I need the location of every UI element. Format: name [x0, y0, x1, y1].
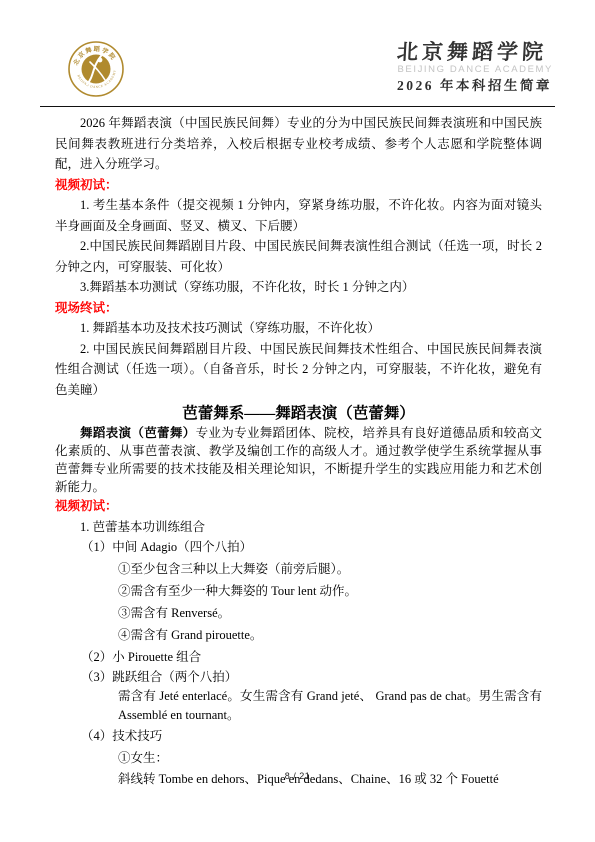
- ballet-sub1-point-2: ②需含有至少一种大舞姿的 Tour lent 动作。: [55, 581, 542, 601]
- ballet-sub1-point-3: ③需含有 Renversé。: [55, 603, 542, 623]
- document-page: 北京舞蹈学院 BEIJING DANCE ACADEMY 北京舞蹈学院 BEIJ…: [0, 0, 595, 842]
- document-body: 2026 年舞蹈表演（中国民族民间舞）专业的分为中国民族民间舞表演班和中国民族民…: [55, 113, 542, 789]
- academy-name-english: BEIJING DANCE ACADEMY: [397, 64, 553, 76]
- ballet-sub-3: （3）跳跃组合（两个八拍）: [55, 667, 542, 687]
- header-divider: [40, 106, 555, 107]
- ballet-sub4-girls-label: ①女生：: [55, 748, 542, 768]
- folk-final-test-heading: 现场终试：: [55, 298, 542, 319]
- ballet-section-title: 芭蕾舞系——舞蹈表演（芭蕾舞）: [55, 403, 542, 424]
- ballet-video-test-heading: 视频初试：: [55, 496, 542, 517]
- ballet-sub3-detail: 需含有 Jeté enterlacé。女生需含有 Grand jeté、 Gra…: [55, 687, 542, 726]
- ballet-intro-lead: 舞蹈表演（芭蕾舞）: [80, 426, 196, 440]
- ballet-sub1-point-4: ④需含有 Grand pirouette。: [55, 625, 542, 645]
- ballet-sub1-point-1: ①至少包含三种以上大舞姿（前旁后腿）。: [55, 559, 542, 579]
- ballet-sub-2: （2）小 Pirouette 组合: [55, 647, 542, 667]
- folk-video-item-2: 2.中国民族民间舞蹈剧目片段、中国民族民间舞表演性组合测试（任选一项，时长 2 …: [55, 236, 542, 277]
- brochure-title: 2026 年本科招生简章: [397, 77, 553, 95]
- folk-video-item-1: 1. 考生基本条件（提交视频 1 分钟内，穿紧身练功服，不许化妆。内容为面对镜头…: [55, 195, 542, 236]
- academy-name-chinese: 北京舞蹈学院: [397, 40, 554, 64]
- folk-intro-paragraph: 2026 年舞蹈表演（中国民族民间舞）专业的分为中国民族民间舞表演班和中国民族民…: [55, 113, 542, 175]
- folk-video-test-heading: 视频初试：: [55, 175, 542, 196]
- ballet-sub-1: （1）中间 Adagio（四个八拍）: [55, 537, 542, 557]
- ballet-item-1: 1. 芭蕾基本功训练组合: [55, 517, 542, 537]
- folk-final-item-1: 1. 舞蹈基本功及技术技巧测试（穿练功服，不许化妆）: [55, 318, 542, 339]
- ballet-intro-paragraph: 舞蹈表演（芭蕾舞）专业为专业舞蹈团体、院校，培养具有良好道德品质和较高文化素质的…: [55, 424, 542, 496]
- page-header: 北京舞蹈学院 BEIJING DANCE ACADEMY 北京舞蹈学院 BEIJ…: [55, 38, 553, 100]
- page-number: 8 / 21: [0, 771, 595, 781]
- header-brand: 北京舞蹈学院 BEIJING DANCE ACADEMY 2026 年本科招生简…: [397, 40, 553, 95]
- folk-video-item-3: 3.舞蹈基本功测试（穿练功服，不许化妆，时长 1 分钟之内）: [55, 277, 542, 298]
- folk-final-item-2: 2. 中国民族民间舞蹈剧目片段、中国民族民间舞技术性组合、中国民族民间舞表演性组…: [55, 339, 542, 401]
- academy-seal-icon: 北京舞蹈学院 BEIJING DANCE ACADEMY: [67, 40, 125, 98]
- ballet-sub-4: （4）技术技巧: [55, 726, 542, 746]
